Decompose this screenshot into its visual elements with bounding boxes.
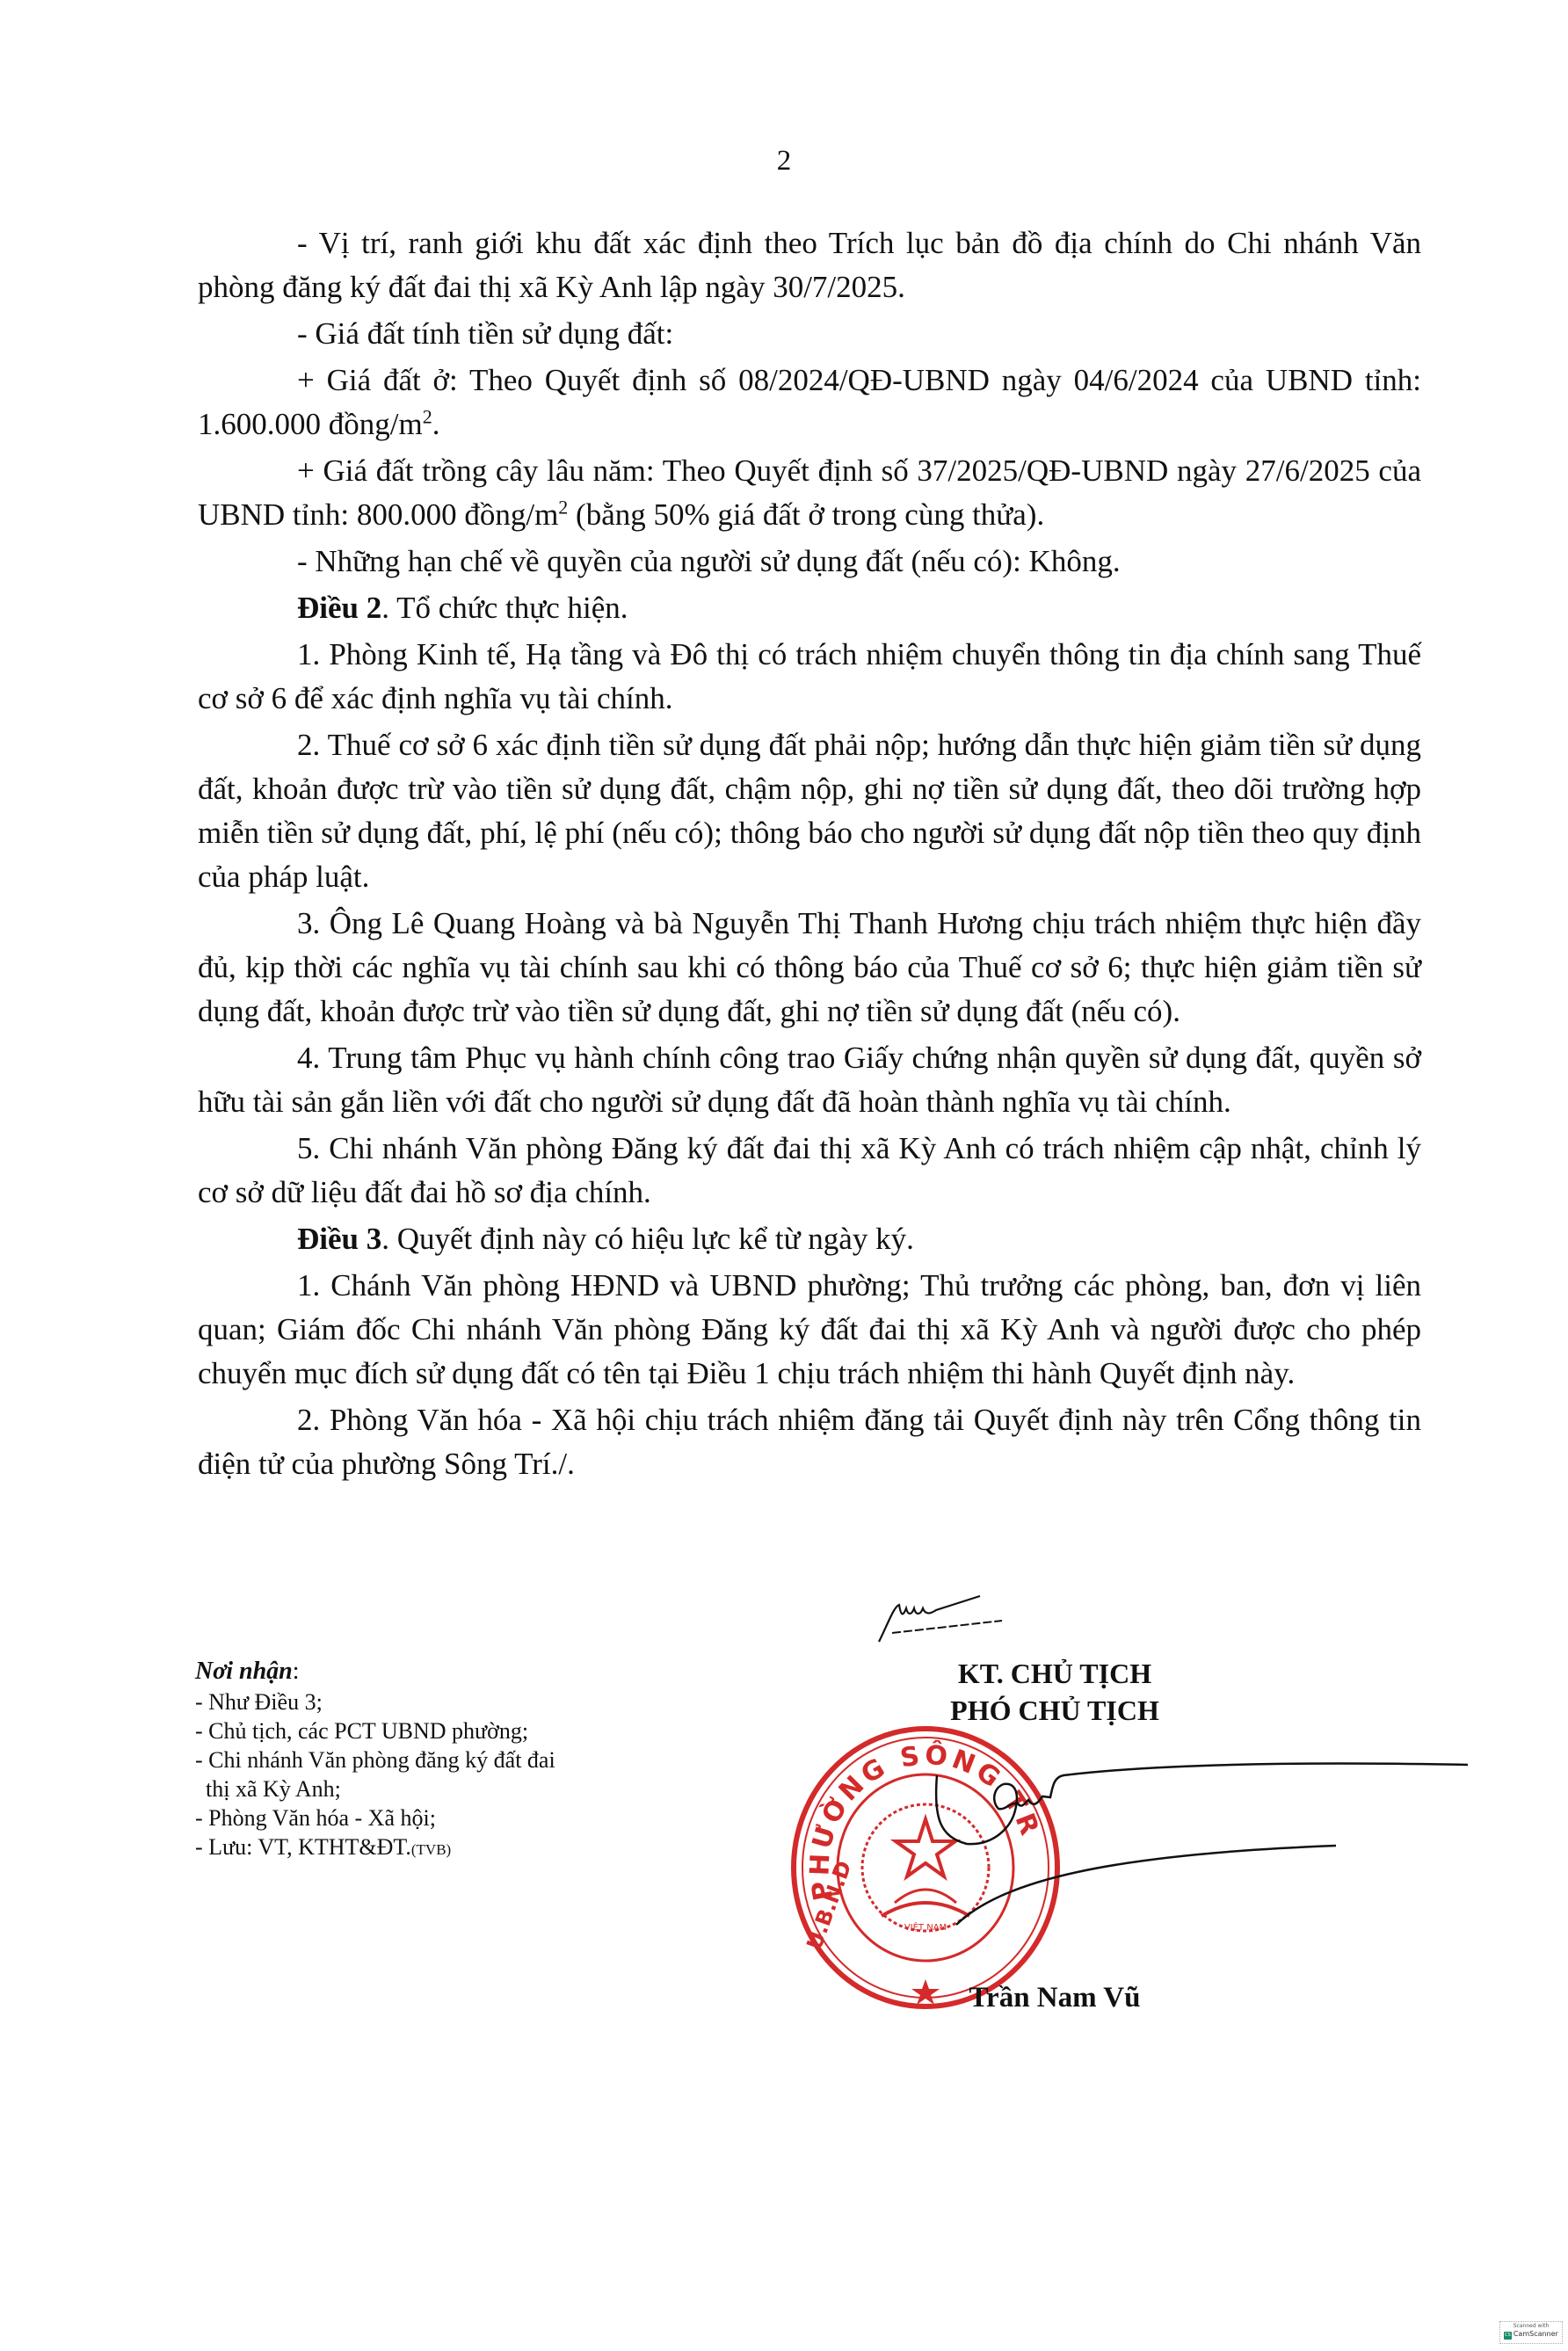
document-body: - Vị trí, ranh giới khu đất xác định the…	[198, 221, 1421, 1489]
recipient-item: - Chủ tịch, các PCT UBND phường;	[195, 1716, 722, 1745]
signature-role-line1: KT. CHỦ TỊCH	[879, 1655, 1230, 1692]
camscanner-brand: CamScanner	[1514, 2330, 1558, 2338]
article-heading: Điều 3. Quyết định này có hiệu lực kể từ…	[198, 1217, 1421, 1261]
camscanner-logo-icon: CS	[1504, 2332, 1512, 2340]
paragraph: - Những hạn chế về quyền của người sử dụ…	[198, 540, 1421, 584]
camscanner-caption: Scanned with	[1500, 2322, 1562, 2330]
signature-block: KT. CHỦ TỊCH PHÓ CHỦ TỊCH	[879, 1655, 1230, 1729]
recipient-item: - Chi nhánh Văn phòng đăng ký đất đai	[195, 1745, 722, 1774]
paragraph: + Giá đất trồng cây lâu năm: Theo Quyết …	[198, 449, 1421, 537]
article-heading: Điều 2. Tổ chức thực hiện.	[198, 586, 1421, 630]
paragraph: + Giá đất ở: Theo Quyết định số 08/2024/…	[198, 359, 1421, 446]
recipient-item: - Lưu: VT, KTHT&ĐT.(TVB)	[195, 1832, 722, 1864]
paragraph: 3. Ông Lê Quang Hoàng và bà Nguyễn Thị T…	[198, 902, 1421, 1034]
signer-name: Trần Nam Vũ	[879, 1982, 1230, 2014]
recipient-item: - Phòng Văn hóa - Xã hội;	[195, 1803, 722, 1832]
paragraph: 4. Trung tâm Phục vụ hành chính công tra…	[198, 1036, 1421, 1124]
camscanner-badge: Scanned with CSCamScanner	[1499, 2321, 1563, 2344]
paragraph: 5. Chi nhánh Văn phòng Đăng ký đất đai t…	[198, 1127, 1421, 1215]
handwritten-signature	[932, 1758, 1477, 1934]
paragraph: 1. Phòng Kinh tế, Hạ tầng và Đô thị có t…	[198, 633, 1421, 721]
paragraph: 2. Phòng Văn hóa - Xã hội chịu trách nhi…	[198, 1398, 1421, 1486]
page-number: 2	[0, 145, 1568, 178]
recipient-item: thị xã Kỳ Anh;	[195, 1774, 722, 1803]
paragraph: 2. Thuế cơ sở 6 xác định tiền sử dụng đấ…	[198, 723, 1421, 899]
paragraph: - Giá đất tính tiền sử dụng đất:	[198, 312, 1421, 356]
recipients-list: Nơi nhận: - Như Điều 3;- Chủ tịch, các P…	[195, 1657, 722, 1864]
paragraph: - Vị trí, ranh giới khu đất xác định the…	[198, 221, 1421, 309]
initials-mark	[875, 1589, 1006, 1651]
recipient-item: - Như Điều 3;	[195, 1687, 722, 1716]
paragraph: 1. Chánh Văn phòng HĐND và UBND phường; …	[198, 1264, 1421, 1396]
recipients-title: Nơi nhận:	[195, 1657, 722, 1686]
